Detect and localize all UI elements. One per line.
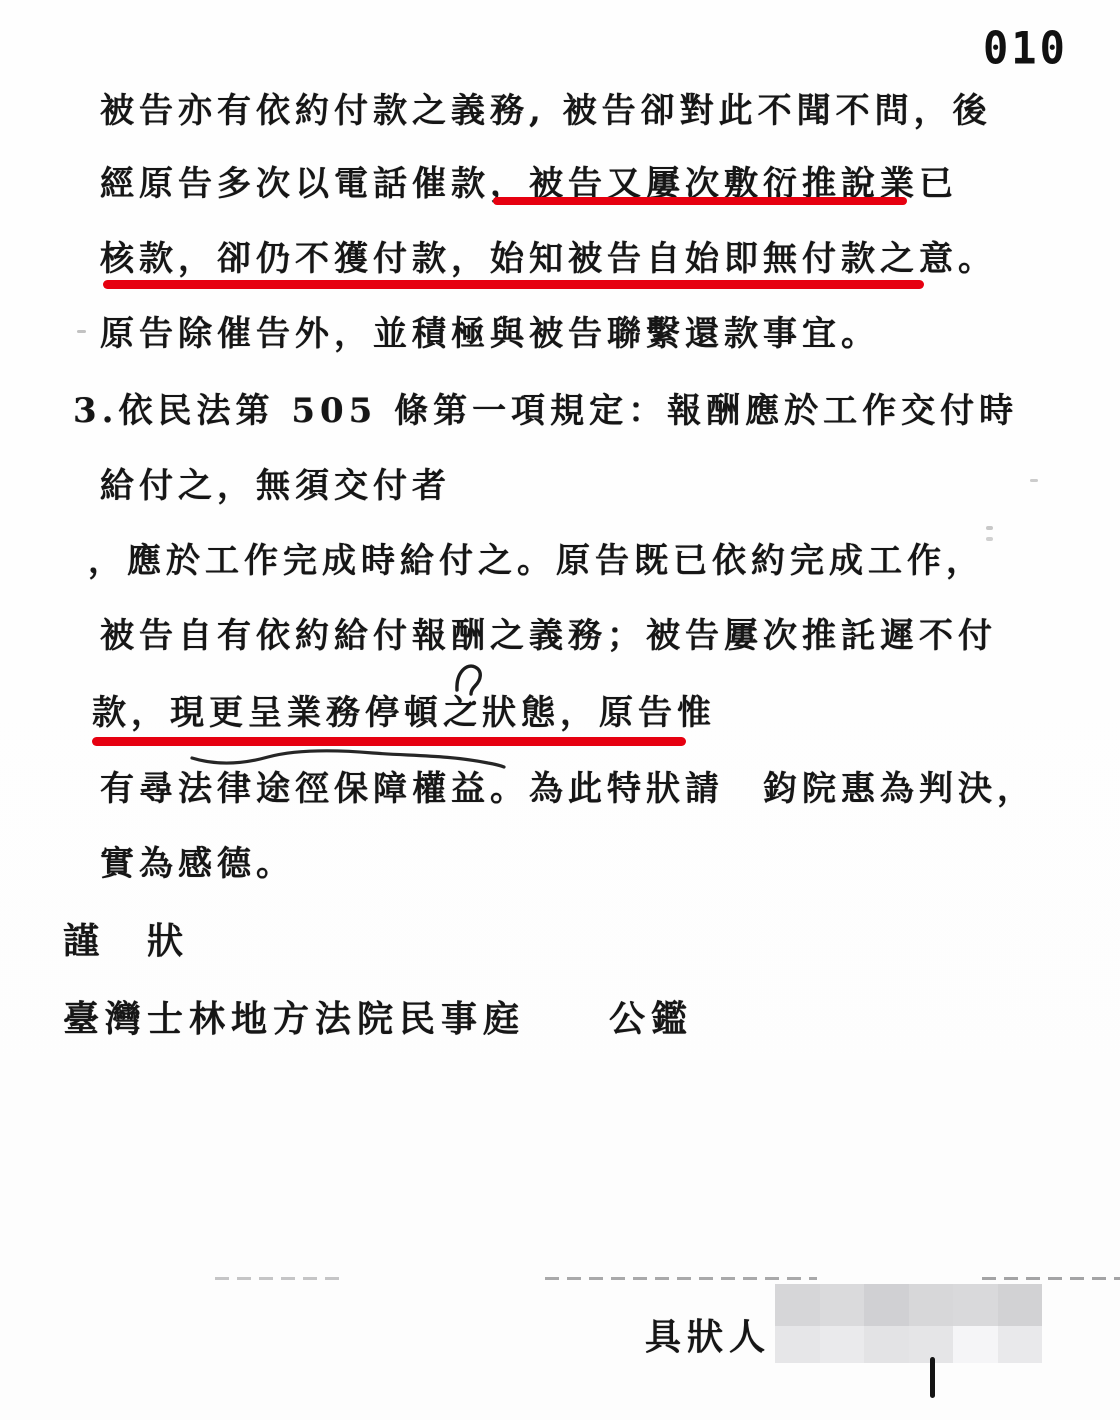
body-line-9: 款，現更呈業務停頓之狀態，原告惟 bbox=[92, 690, 716, 736]
body-line-4: 原告除催告外，並積極與被告聯繫還款事宜。 bbox=[100, 311, 880, 357]
redaction-pixel-cell bbox=[953, 1326, 998, 1363]
body-line-8: 被告自有依約給付報酬之義務；被告屢次推託遲不付 bbox=[100, 613, 997, 659]
scan-fold-line-left bbox=[215, 1277, 345, 1280]
redacted-signer-name bbox=[775, 1284, 1042, 1363]
body-line-5-item-3: 3.依民法第 505 條第一項規定：報酬應於工作交付時 bbox=[73, 388, 1018, 434]
body-line-11: 實為感德。 bbox=[100, 841, 295, 887]
scan-speck bbox=[986, 526, 993, 530]
scan-speck bbox=[1030, 479, 1038, 482]
scan-speck bbox=[77, 330, 86, 333]
redaction-pixel-cell bbox=[820, 1284, 865, 1326]
redaction-pixel-cell bbox=[909, 1284, 954, 1326]
signature-pen-stroke bbox=[930, 1357, 935, 1398]
scan-fold-line-center bbox=[545, 1277, 817, 1280]
scanned-court-document: 010 被告亦有依約付款之義務, 被告卻對此不聞不問，後 經原告多次以電話催款，… bbox=[0, 0, 1120, 1420]
page-number: 010 bbox=[983, 23, 1068, 74]
redaction-pixel-cell bbox=[864, 1284, 909, 1326]
closing-jin-zhuang: 謹 狀 bbox=[63, 918, 189, 964]
body-line-7: ，應於工作完成時給付之。原告既已依約完成工作， bbox=[88, 538, 985, 584]
handwritten-wavy-underline bbox=[188, 742, 508, 770]
scan-speck bbox=[986, 537, 993, 541]
red-underline-2 bbox=[103, 280, 924, 289]
body-line-6: 給付之，無須交付者 bbox=[100, 463, 451, 509]
handwritten-question-mark bbox=[453, 660, 493, 712]
redaction-pixel-cell bbox=[820, 1326, 865, 1363]
redaction-pixel-cell bbox=[775, 1326, 820, 1363]
red-underline-1 bbox=[493, 197, 907, 205]
redaction-pixel-cell bbox=[998, 1284, 1043, 1326]
body-line-3: 核款，卻仍不獲付款，始知被告自始即無付款之意。 bbox=[100, 236, 997, 282]
redaction-pixel-cell bbox=[998, 1326, 1043, 1363]
scan-fold-line-right bbox=[982, 1277, 1120, 1280]
body-line-10: 有尋法律途徑保障權益。為此特狀請 鈞院惠為判決， bbox=[100, 766, 1036, 812]
redaction-pixel-cell bbox=[864, 1326, 909, 1363]
body-line-2-plain: 經原告多次以電話催款， bbox=[100, 164, 529, 204]
redaction-pixel-cell bbox=[775, 1284, 820, 1326]
redaction-pixel-cell bbox=[953, 1284, 998, 1326]
body-line-1: 被告亦有依約付款之義務, 被告卻對此不聞不問，後 bbox=[100, 88, 992, 134]
court-name-line: 臺灣士林地方法院民事庭 公鑑 bbox=[63, 996, 693, 1042]
